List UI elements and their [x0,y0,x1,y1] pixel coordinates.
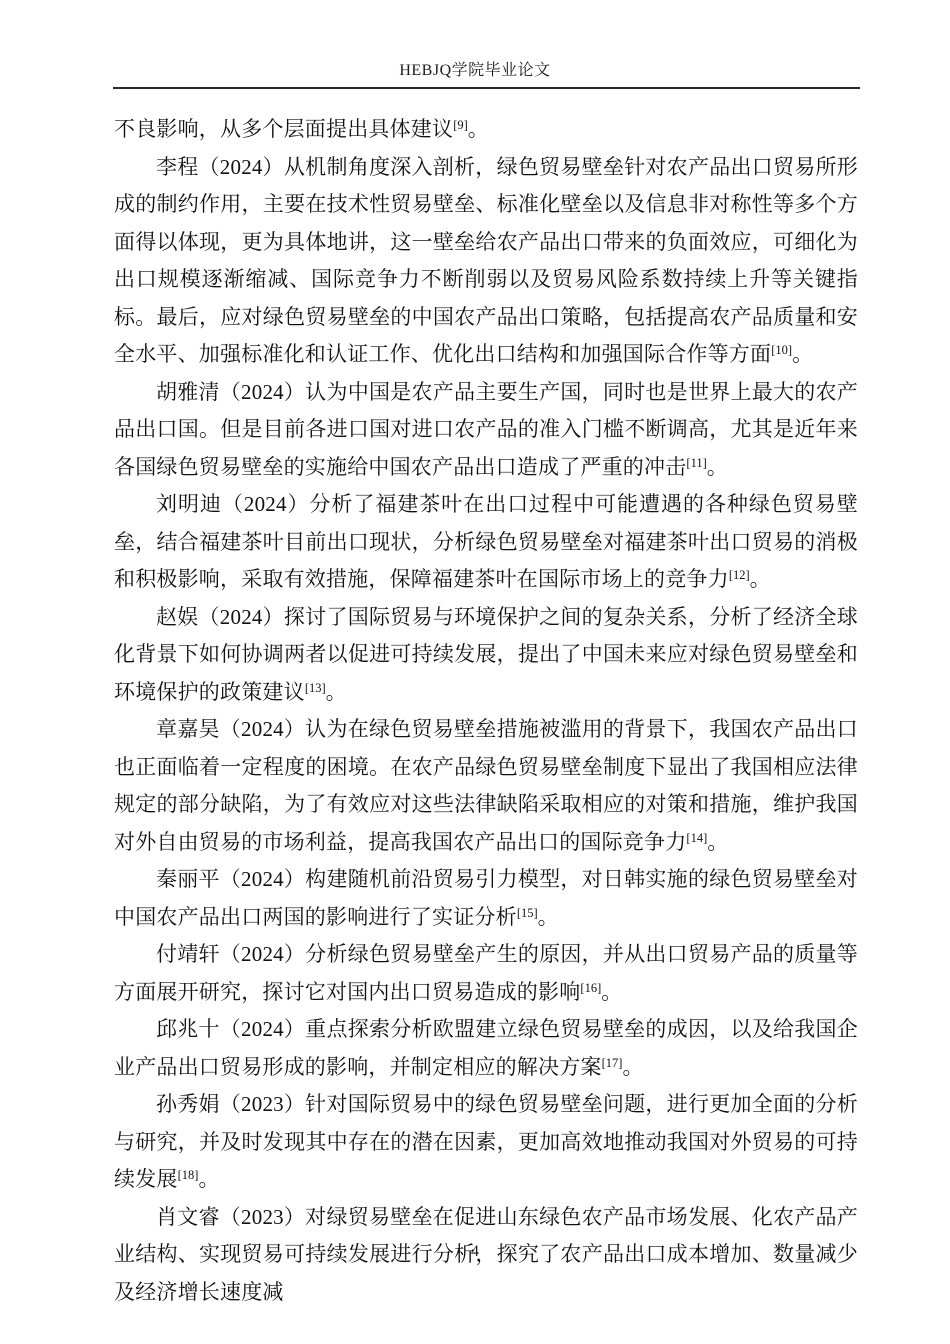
header-rule [113,87,860,89]
footnote-ref: [11] [686,456,706,470]
body-paragraph: 孙秀娟（2023）针对国际贸易中的绿色贸易壁垒问题，进行更加全面的分析与研究，并… [114,1086,858,1199]
footnote-ref: [16] [580,981,601,995]
footnote-ref: [15] [517,906,538,920]
body-paragraph: 秦丽平（2024）构建随机前沿贸易引力模型，对日韩实施的绿色贸易壁垒对中国农产品… [114,861,858,936]
page-number: 4 [471,1243,479,1260]
footnote-ref: [9] [453,118,468,132]
footnote-ref: [18] [178,1168,199,1182]
body-paragraph: 赵娱（2024）探讨了国际贸易与环境保护之间的复杂关系，分析了经济全球化背景下如… [114,599,858,712]
footnote-ref: [10] [771,343,792,357]
body-paragraph: 章嘉昊（2024）认为在绿色贸易壁垒措施被滥用的背景下，我国农产品出口也正面临着… [114,711,858,861]
body-paragraph: 李程（2024）从机制角度深入剖析，绿色贸易壁垒针对农产品出口贸易所形成的制约作… [114,149,858,374]
page-body: 不良影响，从多个层面提出具体建议[9]。李程（2024）从机制角度深入剖析，绿色… [114,111,858,1311]
body-paragraph: 邱兆十（2024）重点探索分析欧盟建立绿色贸易壁垒的成因，以及给我国企业产品出口… [114,1011,858,1086]
footnote-ref: [17] [602,1056,623,1070]
body-paragraph: 刘明迪（2024）分析了福建茶叶在出口过程中可能遭遇的各种绿色贸易壁垒，结合福建… [114,486,858,599]
body-paragraph: 不良影响，从多个层面提出具体建议[9]。 [114,111,858,149]
header-title: HEBJQ学院毕业论文 [0,57,950,80]
page-footer: 4 [0,1243,950,1261]
body-paragraph: 付靖轩（2024）分析绿色贸易壁垒产生的原因，并从出口贸易产品的质量等方面展开研… [114,936,858,1011]
footnote-ref: [13] [305,681,326,695]
thesis-document-page: HEBJQ学院毕业论文 不良影响，从多个层面提出具体建议[9]。李程（2024）… [0,0,950,1344]
body-paragraph: 胡雅清（2024）认为中国是农产品主要生产国，同时也是世界上最大的农产品出口国。… [114,374,858,487]
footnote-ref: [14] [686,831,707,845]
footnote-ref: [12] [729,568,750,582]
